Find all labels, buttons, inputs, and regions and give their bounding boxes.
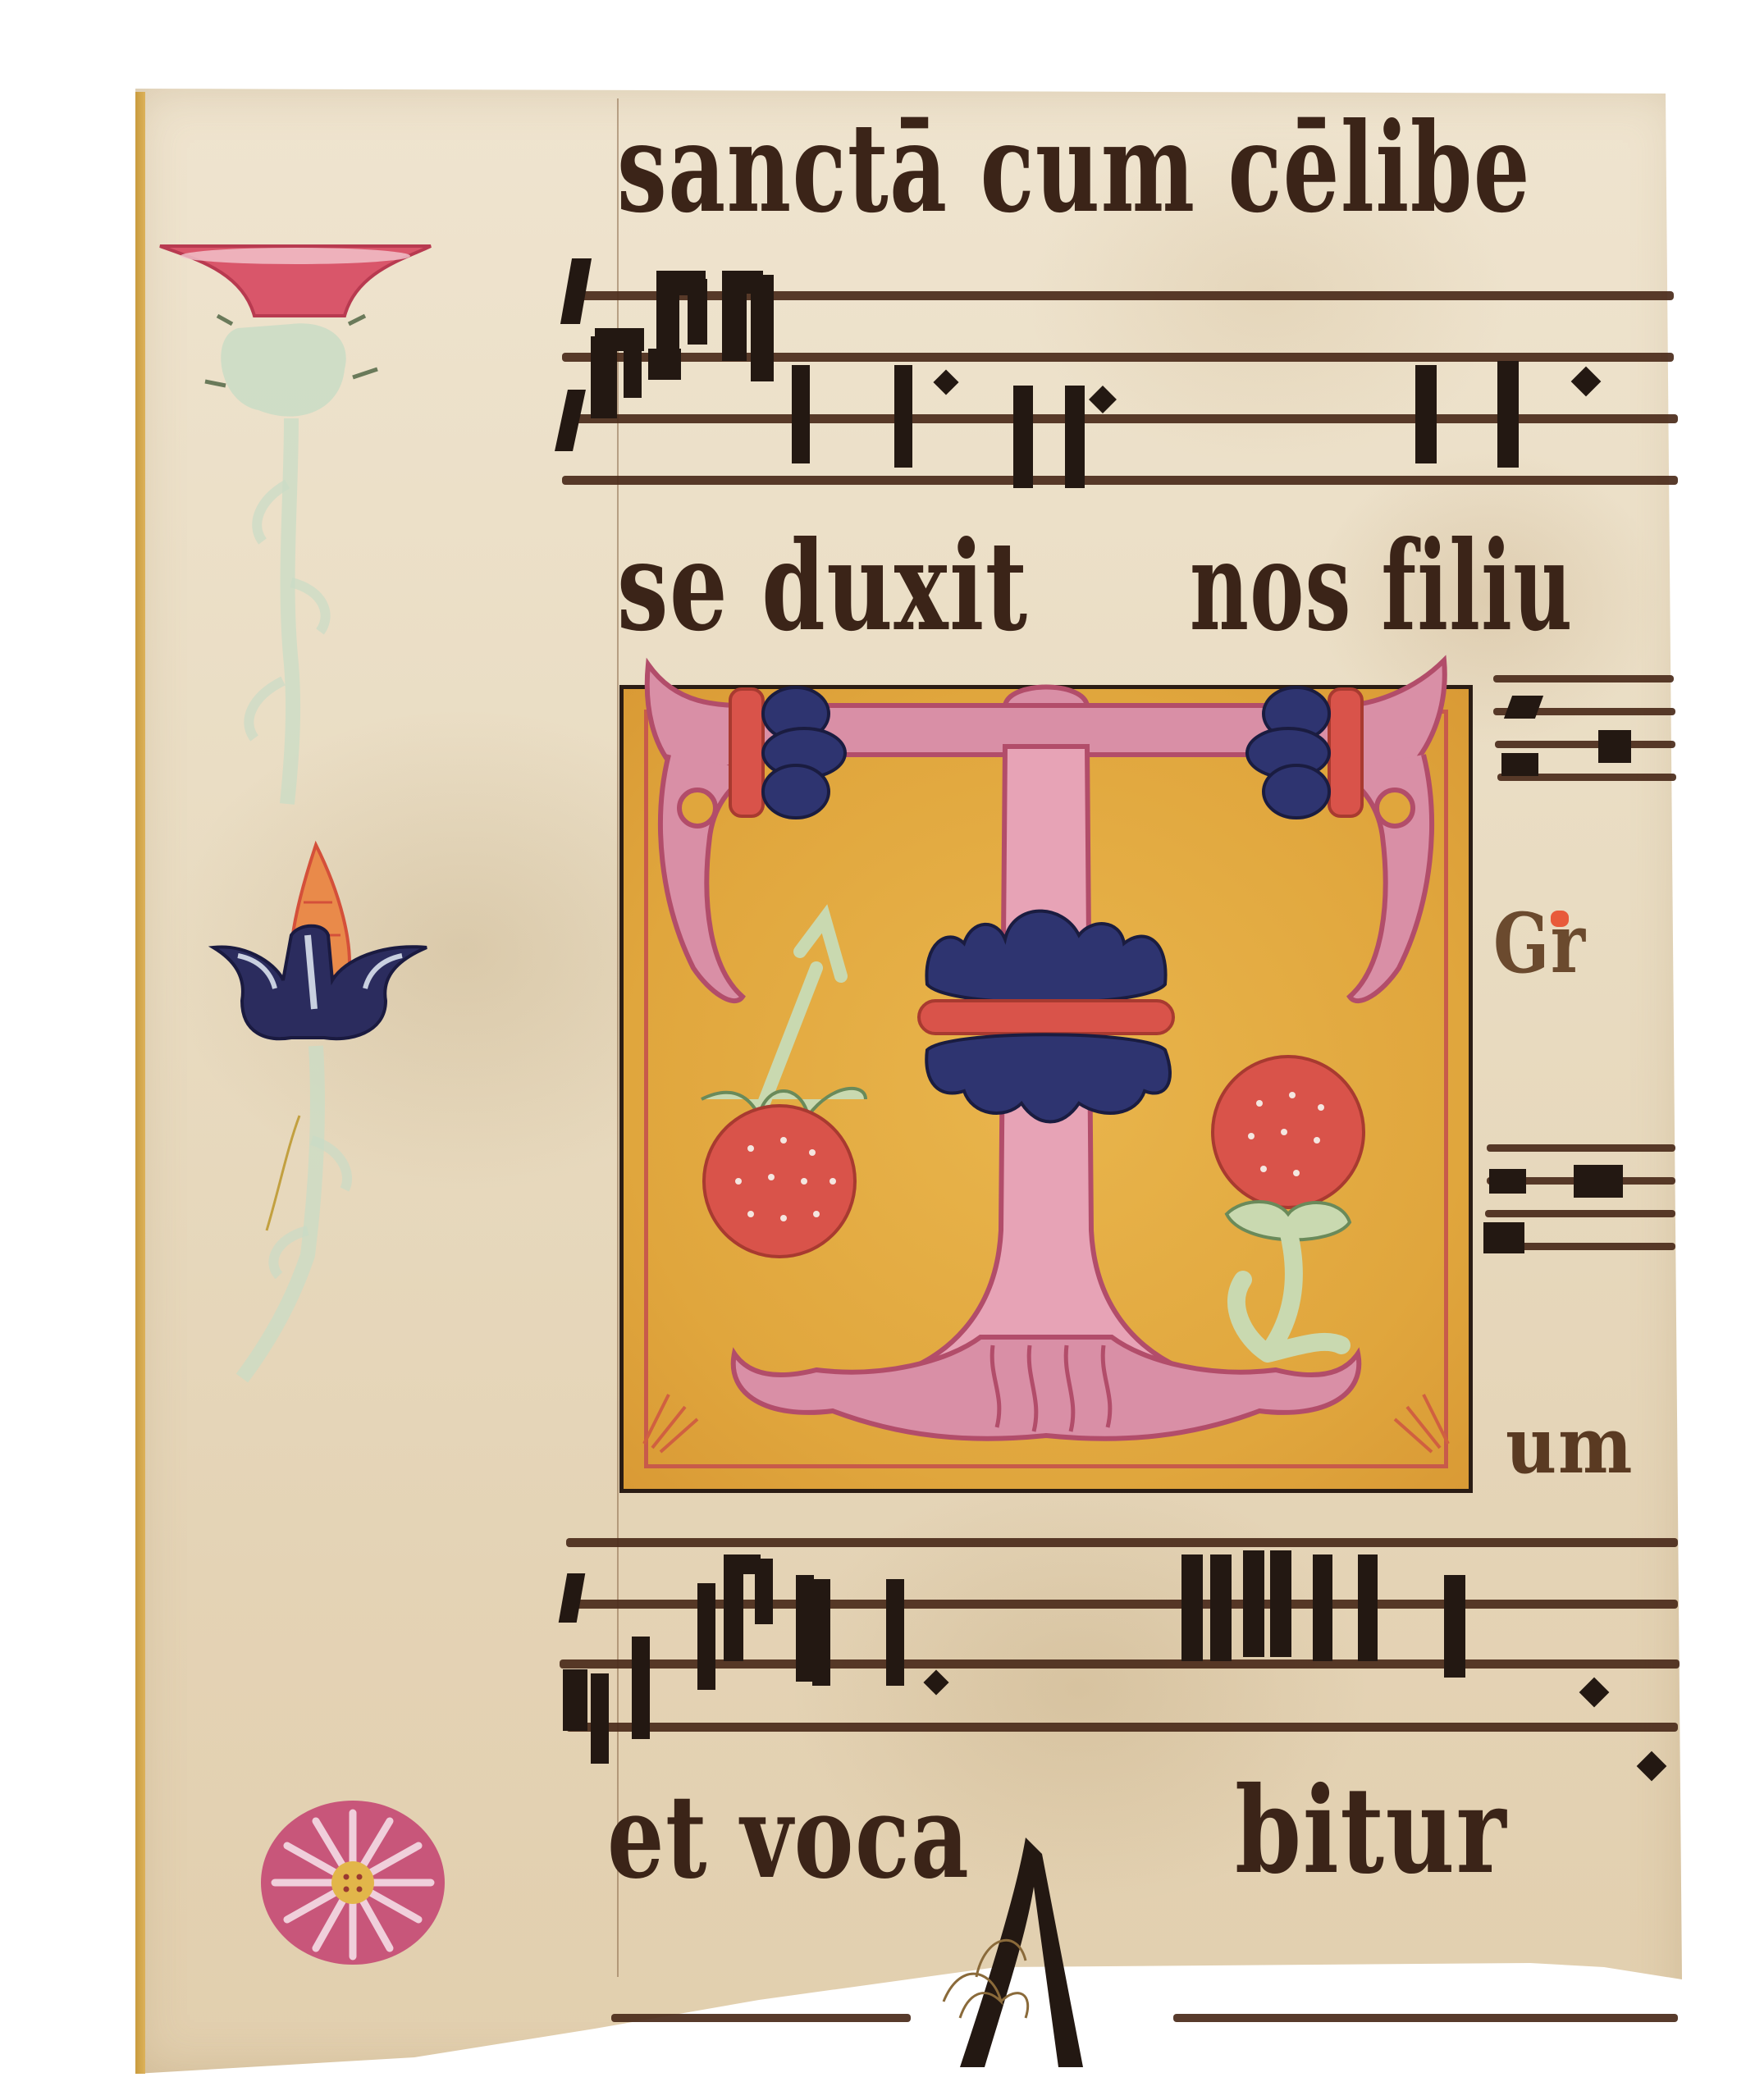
neume-virga [1444,1575,1465,1678]
neume-head [1483,1222,1524,1253]
neume-virga [1210,1554,1232,1661]
staff-line [1485,1210,1675,1217]
illuminated-initial-t-icon [619,656,1473,1501]
neume-head [1489,1169,1526,1194]
neume-virga [1013,386,1033,488]
text-right-col-2: um [1506,1407,1634,1485]
red-initial-touch [1551,911,1569,927]
neume-virga [632,1637,650,1739]
neume-virga [1313,1554,1332,1661]
neume-virga [1270,1550,1291,1657]
neume-stem [624,336,642,398]
staff-line [562,476,1678,485]
neume-stem [697,1583,715,1690]
neume-virga [591,1673,609,1764]
neume-virga [1415,365,1437,463]
neume-virga [1065,386,1085,488]
neume-virga [1497,361,1519,468]
pink-daisy-icon [258,1801,447,1969]
staff-line [566,1723,1678,1732]
trumpet-flower-icon [160,238,439,812]
text-line-3b: bitur [1235,1772,1507,1891]
staff-line-partial [1173,2014,1678,2022]
text-line-3a: et voca [607,1780,970,1895]
vertical-ruling-line [617,98,619,1977]
staff-line-partial [611,2014,911,2022]
neume-virga [796,1575,814,1682]
gilt-edge [135,92,145,2074]
c-clef-lower [563,1669,587,1731]
neume-stem [755,1559,773,1624]
text-line-1: sanctā cum cēlibe [617,107,1531,230]
neume-head [1598,730,1631,763]
text-line-2a: se duxit [617,525,1029,648]
neume-virga [1358,1554,1378,1661]
staff-line [1495,741,1675,748]
neume-virga [792,365,810,463]
neume-virga [812,1579,830,1686]
neume-stem [751,275,774,381]
neume-virga [886,1579,904,1686]
partial-initial-a-icon [927,1837,1173,2084]
neume-virga [894,365,912,468]
text-line-2b: nos filiu [1190,525,1573,648]
neume-head [1574,1165,1623,1198]
neume-stem [688,279,707,345]
blue-tulip-icon [209,845,455,1386]
staff-line [566,1538,1678,1547]
text-right-col-1: Gr [1493,902,1587,984]
neume-virga [1181,1554,1203,1661]
staff-line [1493,675,1674,682]
neume-head [1501,753,1538,776]
staff-line [1487,1144,1675,1152]
neume-virga [1243,1550,1264,1657]
